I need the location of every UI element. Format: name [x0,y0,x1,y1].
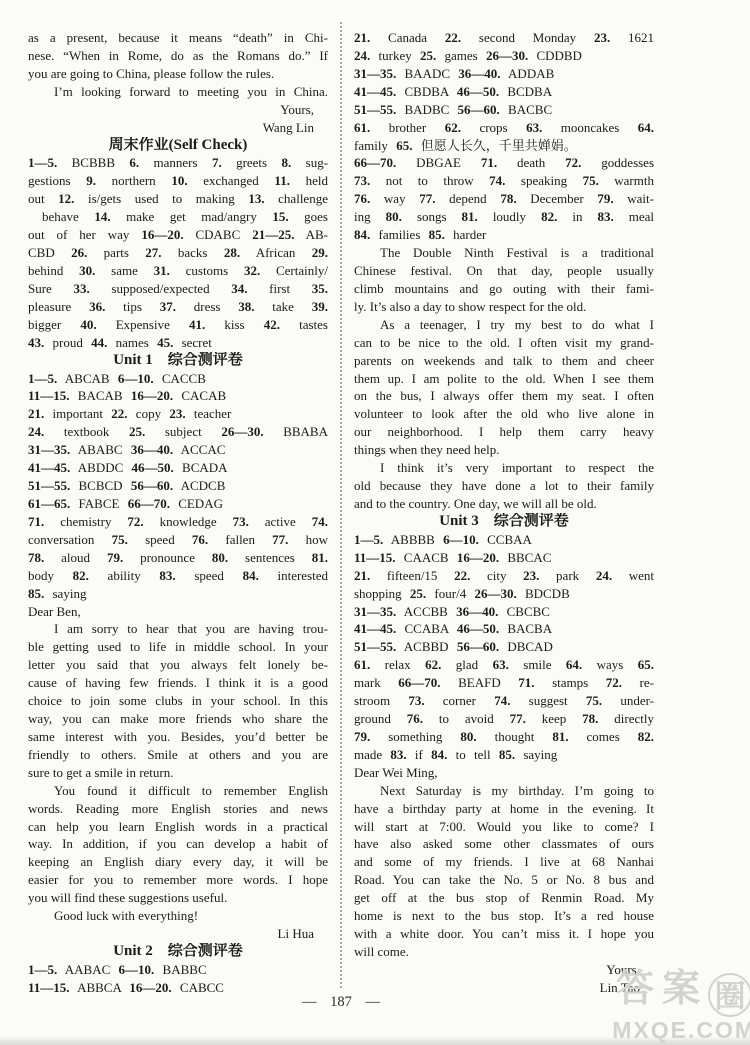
text-line: 41—45. ABDDC 46—50. BCADA [28,459,328,477]
text-line: our neighborhood. I help them carry heav… [354,423,654,441]
text-line: you are going to China, please follow th… [28,65,328,83]
signature-line: Yours, [28,101,328,119]
text-line: Chinese festival. On that day, people us… [354,262,654,280]
text-line: CBD 26. parts 27. backs 28. African 29. [28,244,328,262]
text-line: ground 76. to avoid 77. keep 78. directl… [354,710,654,728]
text-line: sure to get a smile in return. [28,764,328,782]
watermark-circle-icon: 圈 [708,973,750,1017]
text-line: parents on weekends and talk to them and… [354,352,654,370]
text-line: old because they have done a lot to thei… [354,477,654,495]
text-line: 11—15. BACAB 16—20. CACAB [28,387,328,405]
text-line: easier for you to remember more words. I… [28,871,328,889]
text-line: 41—45. CBDBA 46—50. BCDBA [354,83,654,101]
text-line: 21. fifteen/15 22. city 23. park 24. wen… [354,567,654,585]
text-line: friendly to others. Smile at others and … [28,746,328,764]
text-line: Good luck with everything! [28,907,328,925]
text-line: and some of my friends. I live at 68 Nan… [354,853,654,871]
text-line: The Double Ninth Festival is a tradition… [354,244,654,262]
text-line: volunteer to look after the old who live… [354,405,654,423]
text-line: gestions 9. northern 10. exchanged 11. h… [28,172,328,190]
text-line: Road. You can take the No. 5 or No. 8 bu… [354,871,654,889]
text-line: 11—15. CAACB 16—20. BBCAC [354,549,654,567]
section-heading: 周末作业(Self Check) [28,137,328,155]
text-line: 21. Canada 22. second Monday 23. 1621 [354,29,654,47]
text-line: 41—45. CCABA 46—50. BACBA [354,620,654,638]
text-line: I am sorry to hear that you are having t… [28,620,328,638]
text-line: out of her way 16—20. CDABC 21—25. AB- [28,226,328,244]
text-line: You found it difficult to remember Engli… [28,782,328,800]
scan-edge-shadow [0,1036,750,1045]
text-line: 43. proud 44. names 45. secret [28,334,328,352]
text-line: as a present, because it means “death” i… [28,29,328,47]
text-line: Dear Wei Ming, [354,764,654,782]
text-line: things when they need help. [354,441,654,459]
text-line: 1—5. BCBBB 6. manners 7. greets 8. sug- [28,154,328,172]
text-line: with a white door. You can’t miss it. I … [354,925,654,943]
section-heading: Unit 2 综合测评卷 [28,943,328,961]
watermark: 答案圈 MXQE.COM [612,968,750,1043]
text-line: get off at the bus stop of Renmin Road. … [354,889,654,907]
right-column: 21. Canada 22. second Monday 23. 162124.… [354,29,654,997]
text-line: will start at 7:00. Would you like to co… [354,818,654,836]
text-line: 61. brother 62. crops 63. mooncakes 64. [354,119,654,137]
section-heading: Unit 1 综合测评卷 [28,352,328,370]
signature-line: Yours, [354,961,654,979]
text-line: home is next to the bus stop. It’s a red… [354,907,654,925]
text-line: 84. families 85. harder [354,226,654,244]
text-line: made 83. if 84. to tell 85. saying [354,746,654,764]
text-line: 31—35. BAADC 36—40. ADDAB [354,65,654,83]
text-line: 31—35. ACCBB 36—40. CBCBC [354,603,654,621]
text-line: have also asked some other classmates of… [354,835,654,853]
text-line: behave 14. make get mad/angry 15. goes [28,208,328,226]
text-line: 51—55. BADBC 56—60. BACBC [354,101,654,119]
text-line: on the bus, I always offer them my seat.… [354,387,654,405]
text-line: ble getting used to life in middle schoo… [28,638,328,656]
text-line: ing 80. songs 81. loudly 82. in 83. meal [354,208,654,226]
column-divider [340,22,342,988]
text-line: behind 30. same 31. customs 32. Certainl… [28,262,328,280]
watermark-logo: 答案圈 [612,968,750,1017]
text-line: will come. [354,943,654,961]
text-line: As a teenager, I try my best to do what … [354,316,654,334]
text-line: family 65. 但愿人长久，千里共婵娟。 [354,137,654,155]
text-line: Sure 33. supposed/expected 34. first 35. [28,280,328,298]
text-line: way. In addition, if you can develop a h… [28,835,328,853]
text-line: nese. “When in Rome, do as the Romans do… [28,47,328,65]
text-line: 51—55. ACBBD 56—60. DBCAD [354,638,654,656]
text-line: words. Reading more English stories and … [28,800,328,818]
text-line: can to be nice to the old. I often visit… [354,334,654,352]
text-line: way, you can make more friends who share… [28,710,328,728]
text-line: body 82. ability 83. speed 84. intereste… [28,567,328,585]
text-line: 31—35. ABABC 36—40. ACCAC [28,441,328,459]
text-line: 51—55. BCBCD 56—60. ACDCB [28,477,328,495]
scanned-page: as a present, because it means “death” i… [0,0,750,1045]
text-line: 78. aloud 79. pronounce 80. sentences 81… [28,549,328,567]
text-line: 61. relax 62. glad 63. smile 64. ways 65… [354,656,654,674]
signature-line: Li Hua [28,925,328,943]
text-line: 79. something 80. thought 81. comes 82. [354,728,654,746]
text-line: 71. chemistry 72. knowledge 73. active 7… [28,513,328,531]
text-line: pleasure 36. tips 37. dress 38. take 39. [28,298,328,316]
text-line: cause of having few friends. I think it … [28,674,328,692]
text-line: 85. saying [28,585,328,603]
text-line: you will find these suggestions useful. [28,889,328,907]
text-line: can help you learn English words in a pr… [28,818,328,836]
text-line: 21. important 22. copy 23. teacher [28,405,328,423]
section-heading: Unit 3 综合测评卷 [354,513,654,531]
signature-line: Wang Lin [28,119,328,137]
text-line: 1—5. AABAC 6—10. BABBC [28,961,328,979]
text-line: letter you said that you always felt lon… [28,656,328,674]
text-line: have a birthday party at home in the eve… [354,800,654,818]
text-line: Next Saturday is my birthday. I’m going … [354,782,654,800]
text-line: ly. It’s also a day to show respect for … [354,298,654,316]
text-line: mark 66—70. BEAFD 71. stamps 72. re- [354,674,654,692]
text-line: 24. turkey 25. games 26—30. CDDBD [354,47,654,65]
text-line: 24. textbook 25. subject 26—30. BBABA [28,423,328,441]
text-line: climb mountains and go outing with their… [354,280,654,298]
text-line: 1—5. ABBBB 6—10. CCBAA [354,531,654,549]
watermark-brand-text: 答案 [616,968,708,1010]
text-line: 73. not to throw 74. speaking 75. warmth [354,172,654,190]
text-line: them up. I am polite to the old. When I … [354,370,654,388]
text-line: I’m looking forward to meeting you in Ch… [28,83,328,101]
text-line: shopping 25. four/4 26—30. BDCDB [354,585,654,603]
text-line: same interest with you. Besides, you’d b… [28,728,328,746]
left-column: as a present, because it means “death” i… [28,29,328,997]
text-line: choice to join some clubs in your school… [28,692,328,710]
text-line: conversation 75. speed 76. fallen 77. ho… [28,531,328,549]
text-line: I think it’s very important to respect t… [354,459,654,477]
text-line: Dear Ben, [28,603,328,621]
text-line: and to the country. One day, we will all… [354,495,654,513]
text-line: 1—5. ABCAB 6—10. CACCB [28,370,328,388]
page-number: — 187 — [28,994,654,1011]
text-line: keeping an English diary every day, it w… [28,853,328,871]
text-line: bigger 40. Expensive 41. kiss 42. tastes [28,316,328,334]
text-line: stroom 73. corner 74. suggest 75. under- [354,692,654,710]
text-line: out 12. is/gets used to making 13. chall… [28,190,328,208]
text-line: 66—70. DBGAE 71. death 72. goddesses [354,154,654,172]
text-line: 76. way 77. depend 78. December 79. wait… [354,190,654,208]
text-line: 61—65. FABCE 66—70. CEDAG [28,495,328,513]
